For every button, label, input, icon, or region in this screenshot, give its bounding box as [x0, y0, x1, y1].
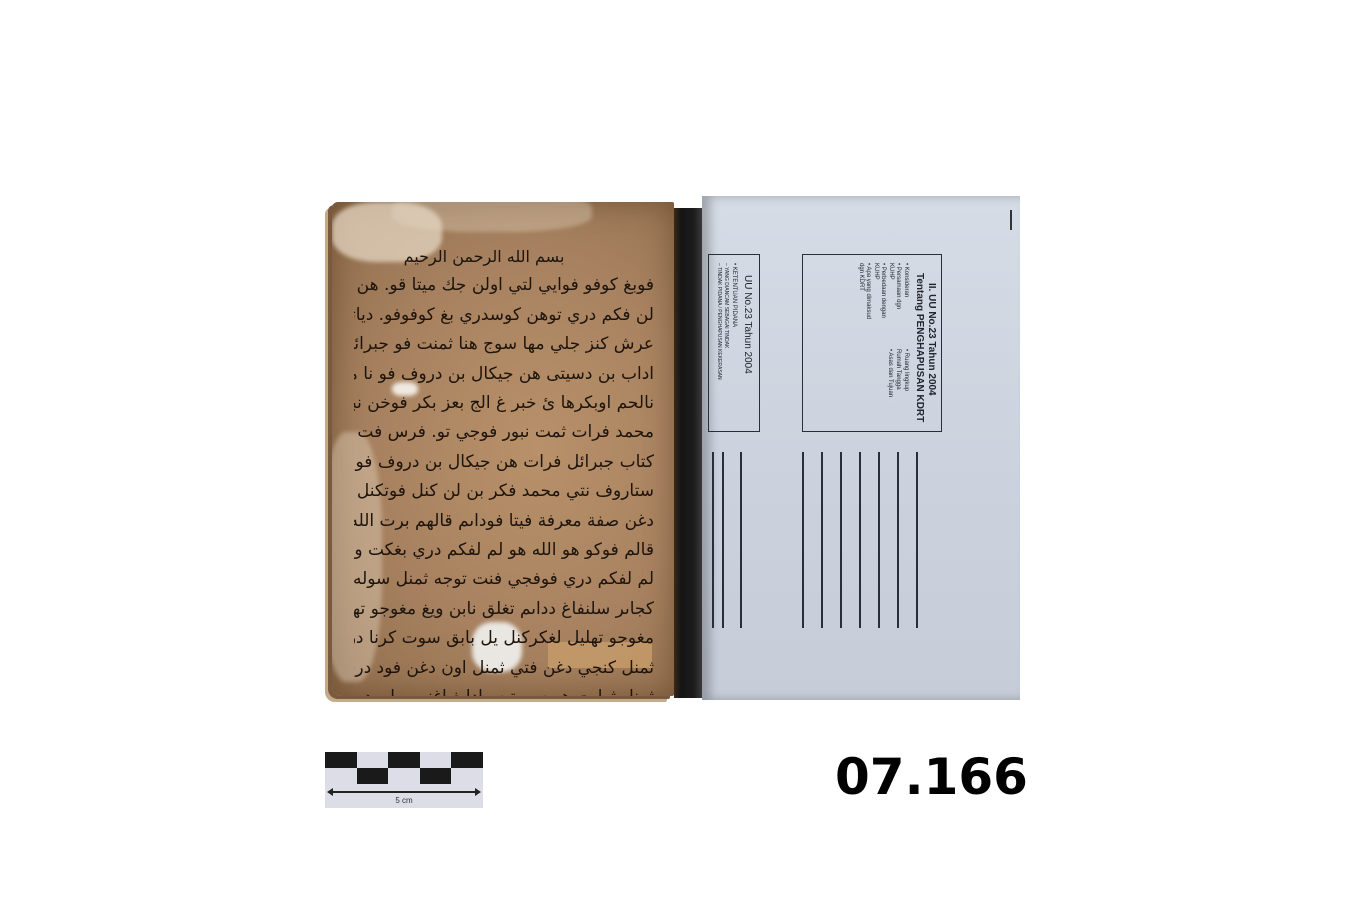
- big-box-item: • Ruang lingkup: [903, 349, 909, 391]
- book-spine: [674, 208, 702, 698]
- manuscript-line: لن فكم دري توهن كوسدري بغ كوفوفو. دياتى: [354, 301, 654, 330]
- scale-arrow: [329, 791, 479, 793]
- manuscript-line: دغن صفة معرفة فيتا فوداىم قالهم برت الله: [354, 507, 654, 536]
- big-box-title-1: II. UU No.23 Tahun 2004: [926, 283, 937, 396]
- ruled-line: [859, 452, 861, 628]
- manuscript-line: ثمنل ثوابت هوبه مرتبه واداىغ اغنين ما بو…: [354, 683, 654, 696]
- manuscript-text: بسم الله الرحمن الرحيم فوبغ كوفو فوايي ل…: [354, 242, 654, 696]
- manuscript-left-page: بسم الله الرحمن الرحيم فوبغ كوفو فوايي ل…: [332, 202, 674, 696]
- ruled-line: [712, 452, 714, 628]
- manuscript-line: ستاروف نتي محمد فكر بن لن كنل فوتكنل ذات: [354, 477, 654, 506]
- ruled-line: [878, 452, 880, 628]
- big-box-item: • Apa yang dimaksud: [865, 263, 871, 319]
- big-box-item: • Konsideran: [903, 263, 909, 297]
- corner-mark: [1010, 210, 1012, 230]
- manuscript-line: مغوجو تهليل لغكركنل يل بابق سوت كرنا دري: [354, 624, 654, 653]
- big-box-item: KUHP: [888, 263, 894, 280]
- catalog-number: 07.166: [835, 748, 1028, 806]
- ruled-line: [821, 452, 823, 628]
- big-text-box: II. UU No.23 Tahun 2004 Tentang PENGHAPU…: [802, 254, 942, 432]
- manuscript-book: بسم الله الرحمن الرحيم فوبغ كوفو فوايي ل…: [322, 196, 1022, 702]
- ruled-line: [802, 452, 804, 628]
- big-box-item: Rumah Tangga: [895, 349, 901, 390]
- manuscript-line: لم لفكم دري فوفجي فنت توجه ثمنل سوله دال…: [354, 565, 654, 594]
- big-box-item: • Persamaan dgn: [895, 263, 901, 309]
- manuscript-line: كتاب جبرائل فرات هن جيكال بن دروف فونما: [354, 448, 654, 477]
- manuscript-line: قالم فوكو هو الله هو لم لفكم دري بغكت وج…: [354, 536, 654, 565]
- small-box-bullet: – TINDAK PIDANA / PENGHAPUSAN KEKERASAN: [716, 263, 722, 380]
- big-box-item: • Asas dan Tujuan: [887, 349, 893, 397]
- big-box-item: • Perbedaan dengan: [880, 263, 886, 318]
- ruled-line: [840, 452, 842, 628]
- big-box-title-2: Tentang PENGHAPUSAN KDRT: [914, 273, 925, 422]
- ruled-line: [897, 452, 899, 628]
- small-text-box: UU No.23 Tahun 2004 • KETENTUAN PIDANA –…: [708, 254, 760, 432]
- manuscript-line: محمد فرات ثمت نبور فوجي تو. فرس فت: [354, 418, 654, 447]
- scale-label: 5 cm: [325, 796, 483, 805]
- small-box-title: UU No.23 Tahun 2004: [742, 275, 753, 374]
- basmala-heading: بسم الله الرحمن الرحيم: [354, 242, 614, 271]
- manuscript-line: عرش كنز جلي مها سوج هنا ثمنت فو جبرائل: [354, 330, 654, 359]
- big-box-item: KUHP: [873, 263, 879, 280]
- manuscript-line: ثمنل كنجي دغن فتي ثمنل اون دغن فود دري: [354, 654, 654, 683]
- manuscript-line: فوبغ كوفو فوايي لتي اولن جك ميتا قو. هن …: [354, 271, 654, 300]
- small-box-bullet: – YANG DIANCAM SEBAGAI TINDAK: [723, 263, 729, 348]
- paper-cover-right: UU No.23 Tahun 2004 • KETENTUAN PIDANA –…: [702, 196, 1020, 700]
- ruled-line: [916, 452, 918, 628]
- small-box-bullet: • KETENTUAN PIDANA: [731, 263, 737, 327]
- manuscript-line: نالحم اوبكرها ئ خبر غ الج بعز بكر فوخن ن…: [354, 389, 654, 418]
- ruled-line: [740, 452, 742, 628]
- manuscript-line: اداب بن دسيتى هن جيكال بن دروف فو نا محم…: [354, 360, 654, 389]
- scale-bar: 5 cm: [325, 752, 483, 808]
- ruled-line: [722, 452, 724, 628]
- big-box-item: dgn KDRT: [858, 263, 864, 291]
- manuscript-line: كجاىر سلنفاغ دداىم تغلق نابن ويغ مغوجو ت…: [354, 595, 654, 624]
